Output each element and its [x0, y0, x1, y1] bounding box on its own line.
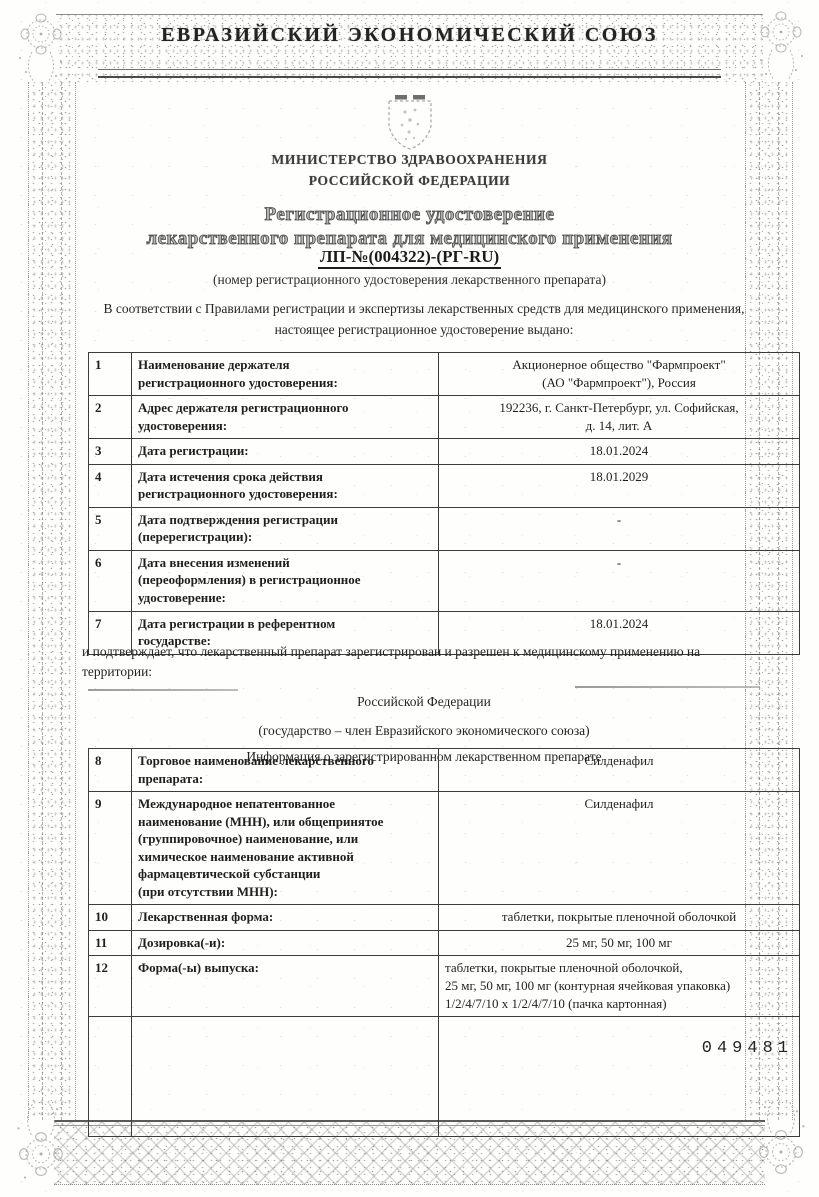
scan-rule-fragment [88, 689, 238, 691]
header-ornament-band: ЕВРАЗИЙСКИЙ ЭКОНОМИЧЕСКИЙ СОЮЗ [56, 14, 763, 83]
row-value: - [439, 507, 800, 550]
row-number: 5 [89, 507, 132, 550]
intro-paragraph: В соответствии с Правилами регистрации и… [88, 299, 760, 341]
ministry-line2: РОССИЙСКОЙ ФЕДЕРАЦИИ [0, 171, 819, 192]
row-label: Наименование держателя регистрационного … [132, 353, 439, 396]
row-label: Дозировка(-и): [132, 930, 439, 956]
row-number: 8 [89, 749, 132, 792]
row-label: Дата регистрации: [132, 439, 439, 465]
table-row: 8 Торговое наименование лекарственного п… [89, 749, 800, 792]
row-value: Акционерное общество "Фармпроект" (АО "Ф… [439, 353, 800, 396]
guilloche-rosette-icon [750, 1094, 812, 1178]
registration-number-caption: (номер регистрационного удостоверения ле… [0, 272, 819, 288]
scan-rule-fragment [575, 686, 760, 688]
header-double-rule [98, 69, 721, 78]
row-label: Дата подтверждения регистрации (перереги… [132, 507, 439, 550]
row-label: Торговое наименование лекарственного пре… [132, 749, 439, 792]
confirmation-text: и подтверждает, что лекарственный препар… [82, 642, 766, 683]
row-value: Силденафил [439, 749, 800, 792]
table-row: 12 Форма(-ы) выпуска: таблетки, покрытые… [89, 956, 800, 1017]
union-title: ЕВРАЗИЙСКИЙ ЭКОНОМИЧЕСКИЙ СОЮЗ [56, 24, 763, 47]
row-value: 18.01.2024 [439, 439, 800, 465]
document-title: Регистрационное удостоверение лекарствен… [60, 203, 759, 251]
row-value: таблетки, покрытые пленочной оболочкой, … [439, 956, 800, 1017]
table-row: 2 Адрес держателя регистрационного удост… [89, 396, 800, 439]
table-row: 11 Дозировка(-и): 25 мг, 50 мг, 100 мг [89, 930, 800, 956]
serial-number-cell: 049481 [439, 1017, 800, 1137]
guilloche-rosette-icon [10, 1096, 72, 1180]
row-label: Дата истечения срока действия регистраци… [132, 464, 439, 507]
guilloche-rosette-icon [12, 12, 70, 86]
row-number: 4 [89, 464, 132, 507]
row-value: - [439, 550, 800, 611]
row-number: 1 [89, 353, 132, 396]
table-row: 6 Дата внесения изменений (переоформлени… [89, 550, 800, 611]
document-title-line1: Регистрационное удостоверение [60, 203, 759, 227]
ministry-heading: МИНИСТЕРСТВО ЗДРАВООХРАНЕНИЯ РОССИЙСКОЙ … [0, 150, 819, 192]
row-number: 12 [89, 956, 132, 1017]
row-value: 192236, г. Санкт-Петербург, ул. Софийска… [439, 396, 800, 439]
guilloche-rosette-icon [752, 10, 810, 84]
row-number: 11 [89, 930, 132, 956]
serial-number: 049481 [702, 1039, 793, 1058]
table-row-blank: 049481 [89, 1017, 800, 1137]
table-row: 9 Международное непатентованное наименов… [89, 792, 800, 905]
holder-info-table: 1 Наименование держателя регистрационног… [88, 352, 800, 655]
row-label: Дата внесения изменений (переоформления)… [132, 550, 439, 611]
row-value: Силденафил [439, 792, 800, 905]
row-label: Международное непатентованное наименован… [132, 792, 439, 905]
row-value: 18.01.2029 [439, 464, 800, 507]
table-row: 3 Дата регистрации: 18.01.2024 [89, 439, 800, 465]
registration-number: ЛП-№(004322)-(РГ-RU) [0, 247, 819, 267]
row-number: 9 [89, 792, 132, 905]
row-label: Лекарственная форма: [132, 905, 439, 931]
row-number: 3 [89, 439, 132, 465]
table-row: 4 Дата истечения срока действия регистра… [89, 464, 800, 507]
table-row: 10 Лекарственная форма: таблетки, покрыт… [89, 905, 800, 931]
table-row: 1 Наименование держателя регистрационног… [89, 353, 800, 396]
territory-name: Российской Федерации [82, 692, 766, 712]
row-value: 25 мг, 50 мг, 100 мг [439, 930, 800, 956]
row-value: таблетки, покрытые пленочной оболочкой [439, 905, 800, 931]
ministry-line1: МИНИСТЕРСТВО ЗДРАВООХРАНЕНИЯ [0, 150, 819, 171]
coat-of-arms-icon [382, 94, 438, 152]
drug-info-table: 8 Торговое наименование лекарственного п… [88, 748, 800, 1137]
row-label-empty [132, 1017, 439, 1137]
certificate-page: ЕВРАЗИЙСКИЙ ЭКОНОМИЧЕСКИЙ СОЮЗ [0, 0, 819, 1197]
table-row: 5 Дата подтверждения регистрации (перере… [89, 507, 800, 550]
row-label: Адрес держателя регистрационного удостов… [132, 396, 439, 439]
row-number: 10 [89, 905, 132, 931]
territory-caption: (государство – член Евразийского экономи… [82, 721, 766, 741]
row-number: 6 [89, 550, 132, 611]
row-label: Форма(-ы) выпуска: [132, 956, 439, 1017]
row-number: 2 [89, 396, 132, 439]
row-number-empty [89, 1017, 132, 1137]
